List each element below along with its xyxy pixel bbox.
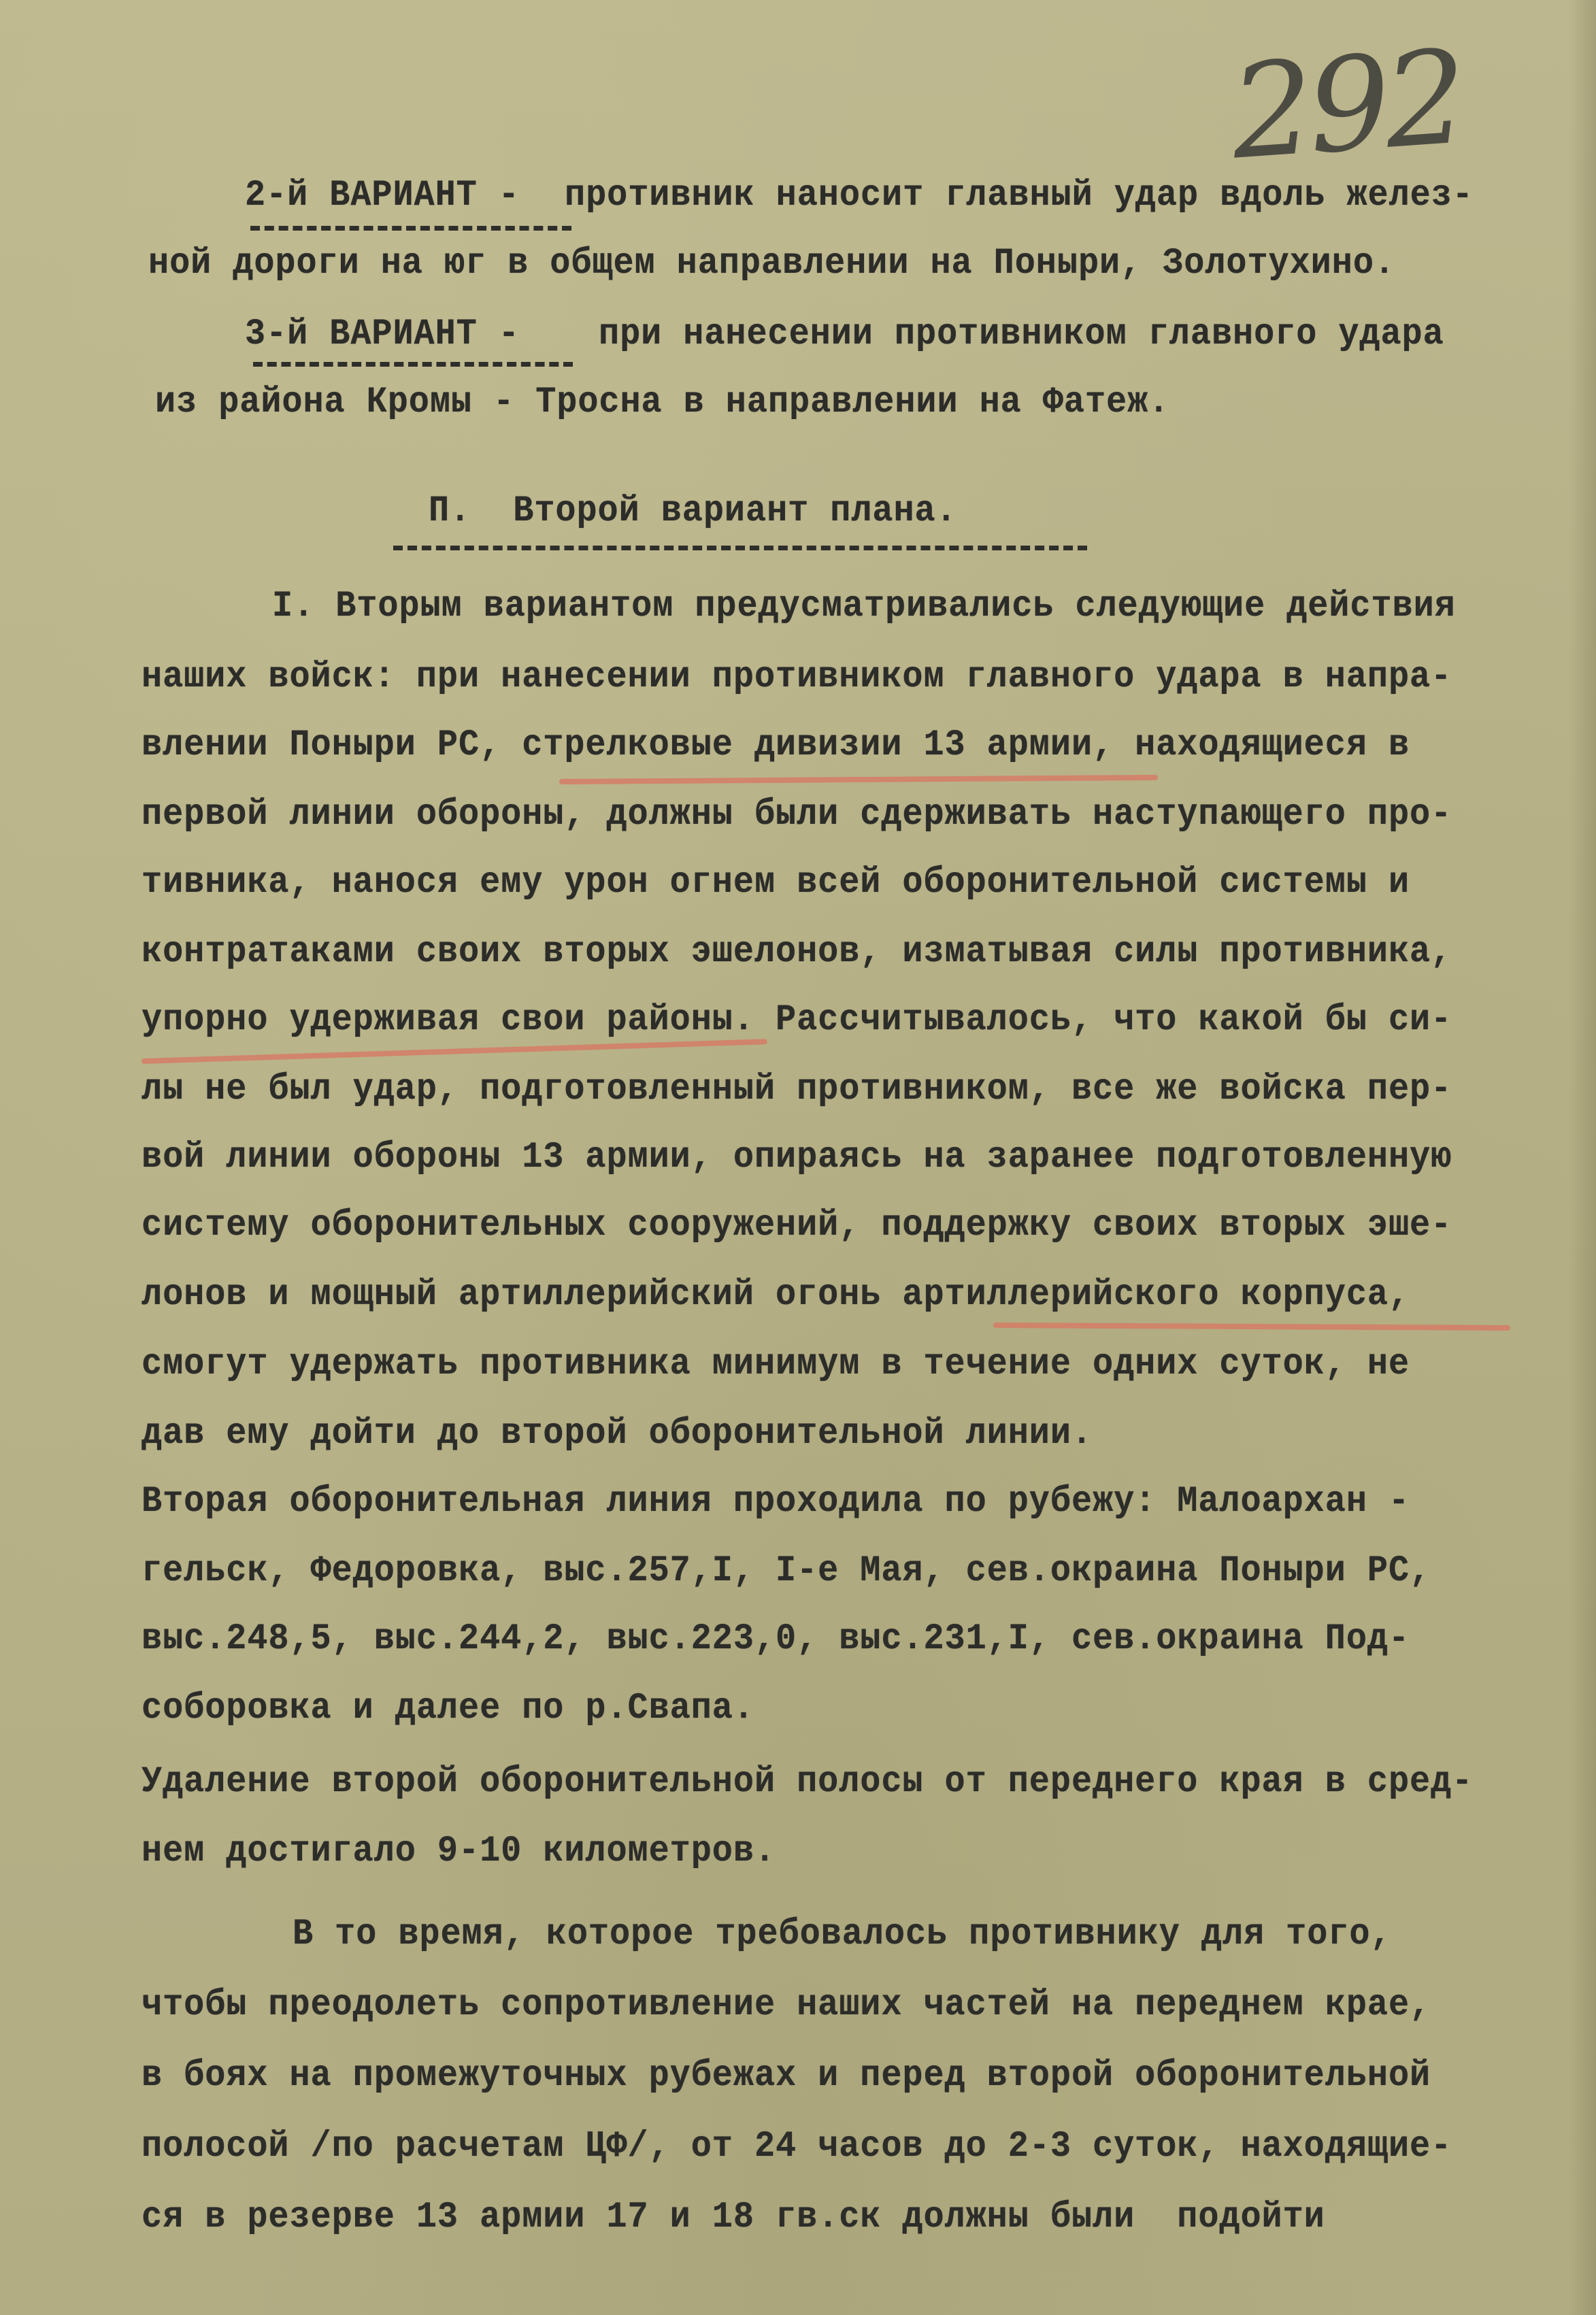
- paragraph-1-line-13: дав ему дойти до второй оборонительной л…: [142, 1414, 1093, 1454]
- paragraph-3-line-1: Удаление второй оборонительной полосы от…: [142, 1762, 1473, 1803]
- paragraph-4-line-2: чтобы преодолеть сопротивление наших час…: [142, 1985, 1431, 2026]
- paragraph-1-line-7: упорно удерживая свои районы. Рассчитыва…: [142, 1000, 1452, 1041]
- paragraph-1-line-1: I. Вторым вариантом предусматривались сл…: [272, 586, 1456, 627]
- paragraph-1-line-10: систему оборонительных сооружений, подде…: [142, 1205, 1452, 1246]
- paragraph-1-line-9: вой линии обороны 13 армии, опираясь на …: [142, 1137, 1452, 1178]
- paragraph-4-line-5: ся в резерве 13 армии 17 и 18 гв.ск долж…: [142, 2197, 1325, 2238]
- paragraph-1-line-5: тивника, нанося ему урон огнем всей обор…: [142, 863, 1410, 903]
- archival-document-page: 292 2-й ВАРИАНТ - противник наносит глав…: [0, 0, 1596, 2315]
- paragraph-1-line-4: первой линии обороны, должны были сдержи…: [142, 795, 1452, 835]
- paragraph-2-line-2: гельск, Федоровка, выс.257,I, I-е Мая, с…: [142, 1551, 1431, 1592]
- paragraph-1-line-2: наших войск: при нанесении противником г…: [142, 657, 1452, 698]
- paragraph-1-line-11: лонов и мощный артиллерийский огонь арти…: [142, 1275, 1410, 1316]
- variant-2-text-line-1: противник наносит главный удар вдоль жел…: [565, 176, 1474, 216]
- paragraph-4-line-1: В то время, которое требовалось противни…: [293, 1914, 1391, 1955]
- red-pencil-underline-1: [559, 775, 1158, 784]
- paragraph-2-line-4: соборовка и далее по р.Свапа.: [142, 1688, 754, 1729]
- variant-3-label: 3-й ВАРИАНТ -: [245, 314, 520, 355]
- variant-3-text-line-1: при нанесении противником главного удара: [599, 314, 1444, 355]
- paragraph-1-line-3: влении Поныри РС, стрелковые дивизии 13 …: [142, 725, 1410, 766]
- handwritten-folio-number: 292: [1227, 33, 1466, 178]
- paragraph-4-line-4: полосой /по расчетам ЦФ/, от 24 часов до…: [142, 2127, 1452, 2167]
- paragraph-2-line-3: выс.248,5, выс.244,2, выс.223,0, выс.231…: [142, 1619, 1410, 1660]
- paragraph-1-line-12: смогут удержать противника минимум в теч…: [142, 1344, 1410, 1385]
- section-heading: П. Второй вариант плана.: [429, 491, 957, 532]
- variant-2-label-underline: [250, 226, 571, 231]
- paragraph-2-line-1: Вторая оборонительная линия проходила по…: [142, 1482, 1410, 1522]
- red-pencil-underline-3: [993, 1322, 1510, 1331]
- paragraph-3-line-2: нем достигало 9-10 километров.: [142, 1831, 776, 1872]
- red-pencil-underline-2: [142, 1039, 767, 1064]
- paragraph-4-line-3: в боях на промежуточных рубежах и перед …: [142, 2056, 1431, 2097]
- variant-2-text-line-2: ной дороги на юг в общем направлении на …: [148, 244, 1395, 284]
- paragraph-1-line-6: контратаками своих вторых эшелонов, изма…: [142, 932, 1452, 973]
- section-heading-underline: [393, 546, 1087, 550]
- paragraph-1-line-8: лы не был удар, подготовленный противник…: [142, 1069, 1452, 1110]
- variant-3-label-underline: [253, 362, 573, 367]
- variant-3-text-line-2: из района Кромы - Тросна в направлении н…: [155, 382, 1169, 423]
- variant-2-label: 2-й ВАРИАНТ -: [245, 176, 520, 216]
